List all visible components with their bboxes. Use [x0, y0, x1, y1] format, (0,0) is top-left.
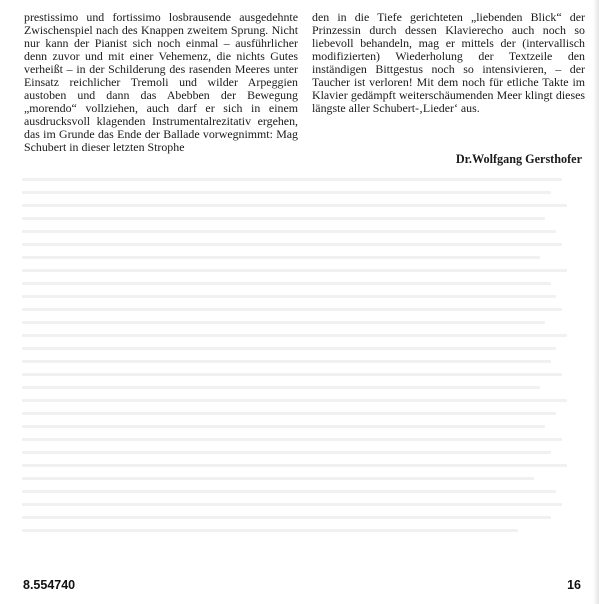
left-text-column: prestissimo und fortissimo losbrausende … — [24, 11, 298, 155]
catalog-number: 8.554740 — [23, 578, 75, 592]
right-paragraph: den in die Tiefe gerichteten „liebenden … — [312, 11, 585, 115]
author-signature: Dr.Wolfgang Gersthofer — [456, 152, 582, 167]
left-paragraph: prestissimo und fortissimo losbrausende … — [24, 11, 298, 155]
page-number: 16 — [567, 578, 581, 592]
bleed-through-text — [22, 178, 573, 558]
page-edge-shadow — [593, 0, 599, 604]
right-text-column: den in die Tiefe gerichteten „liebenden … — [312, 11, 585, 115]
